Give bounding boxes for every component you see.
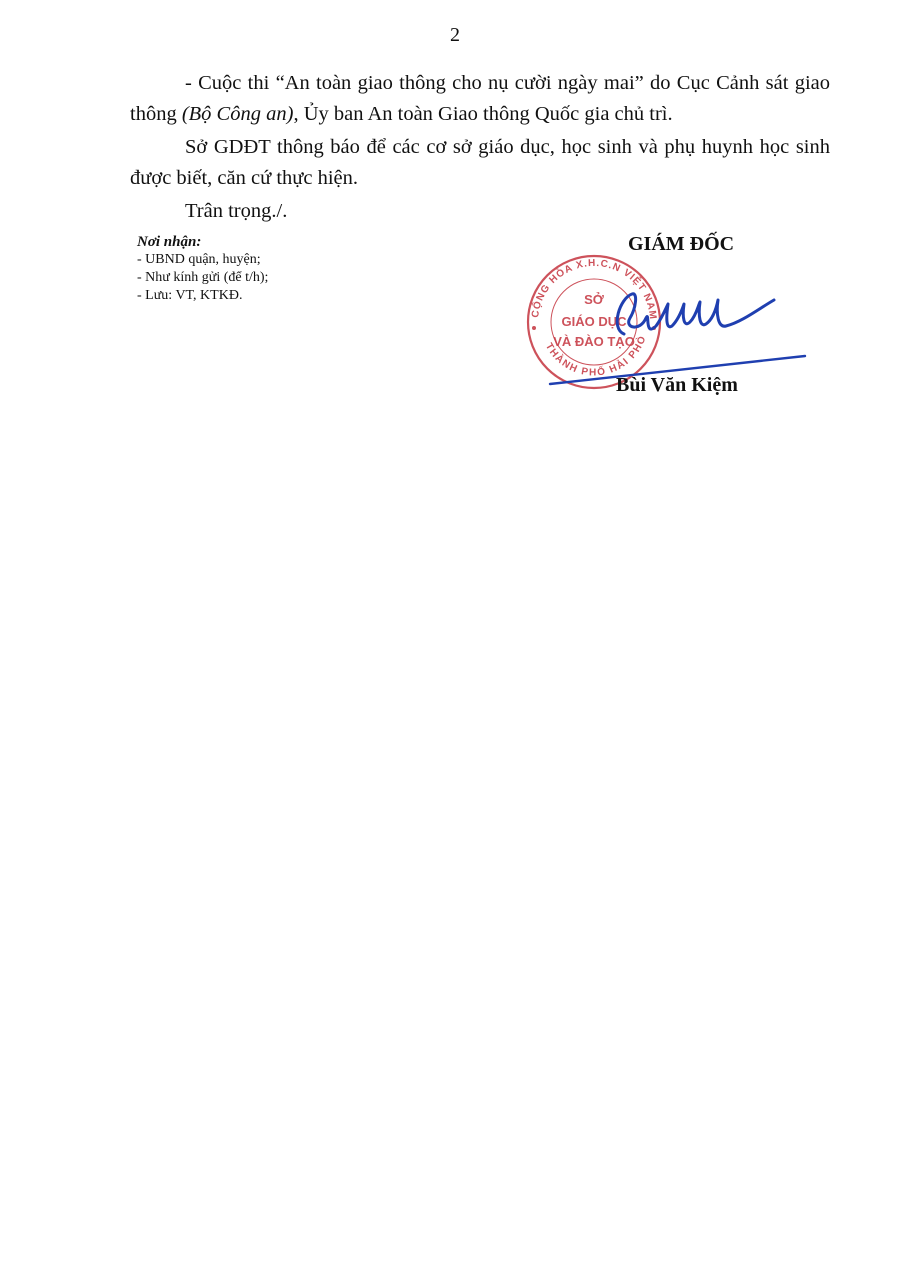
svg-text:CỘNG HÒA X.H.C.N VIỆT NAM: CỘNG HÒA X.H.C.N VIỆT NAM — [530, 258, 659, 321]
recipients-title: Nơi nhận: — [137, 233, 268, 251]
paragraph-closing: Trân trọng./. — [130, 196, 830, 227]
recipient-item: - Như kính gửi (để t/h); — [137, 269, 268, 287]
paragraph-contest: - Cuộc thi “An toàn giao thông cho nụ cư… — [130, 68, 830, 130]
recipient-item: - Lưu: VT, KTKĐ. — [137, 287, 268, 305]
page-number: 2 — [0, 24, 910, 47]
signer-name: Bùi Văn Kiệm — [616, 374, 738, 397]
paragraph-contest-suffix: , Ủy ban An toàn Giao thông Quốc gia chủ… — [293, 103, 672, 125]
recipient-item: - UBND quận, huyện; — [137, 251, 268, 269]
stamp-outer-text-top: CỘNG HÒA X.H.C.N VIỆT NAM — [530, 258, 659, 321]
paragraph-contest-italic: (Bộ Công an) — [182, 103, 294, 125]
svg-text:SỞ: SỞ — [584, 292, 605, 307]
recipients-block: Nơi nhận: - UBND quận, huyện; - Như kính… — [137, 233, 268, 305]
paragraph-notice: Sở GDĐT thông báo để các cơ sở giáo dục,… — [130, 132, 830, 194]
svg-text:VÀ ĐÀO TẠO: VÀ ĐÀO TẠO — [553, 334, 635, 349]
